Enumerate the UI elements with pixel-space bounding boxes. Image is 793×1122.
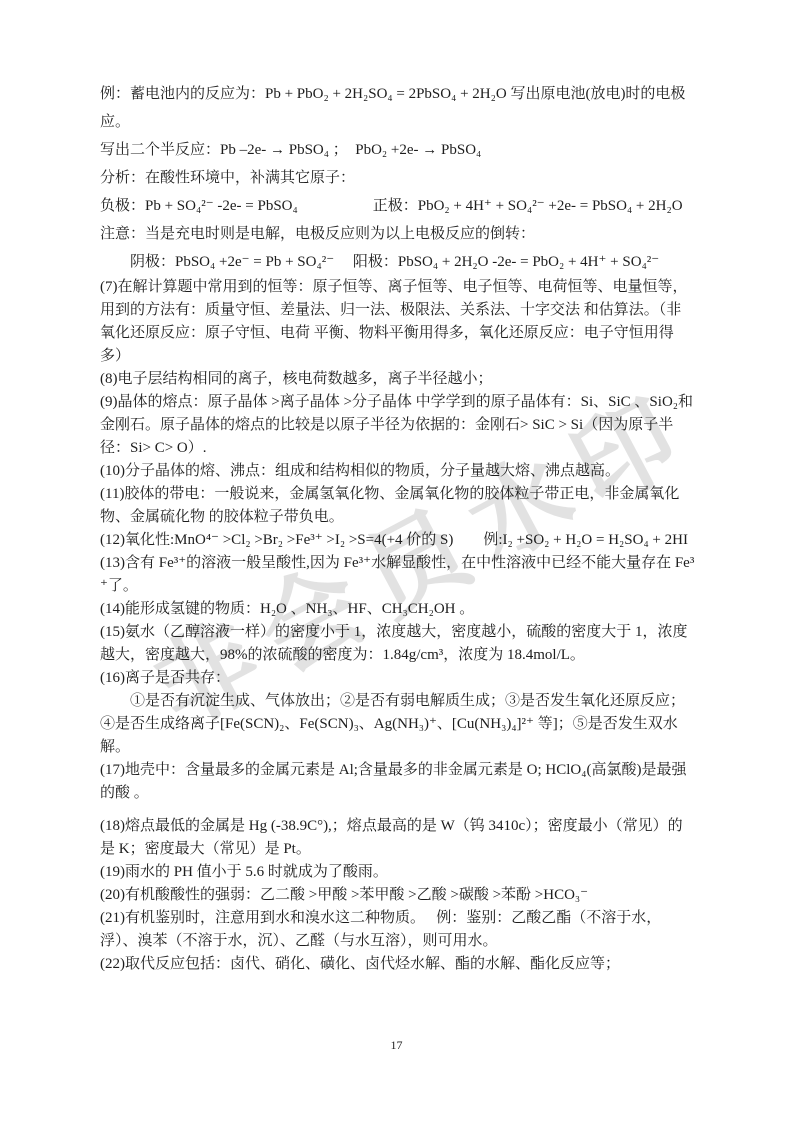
- paragraph-electrode-reactions: 负极：Pb + SO₄²⁻ -2e- = PbSO₄ 正极：PbO₂ + 4H⁺…: [100, 192, 696, 220]
- paragraph-item-16: (16)离子是否共存：: [100, 667, 696, 690]
- paragraph-item-17: (17)地壳中：含量最多的金属元素是 Al;含量最多的非金属元素是 O; HCl…: [100, 759, 696, 805]
- paragraph-cathode-anode: 阴极：PbSO₄ +2e⁻ = Pb + SO₄²⁻ 阳极：PbSO₄ + 2H…: [100, 248, 696, 276]
- paragraph-item-14: (14)能形成氢键的物质：H₂O 、NH₃、HF、CH₃CH₂OH 。: [100, 598, 696, 621]
- paragraph-item-19: (19)雨水的 PH 值小于 5.6 时就成为了酸雨。: [100, 861, 696, 884]
- paragraph-item-12: (12)氧化性:MnO⁴⁻ >Cl₂ >Br₂ >Fe³⁺ >I₂ >S=4(+…: [100, 529, 696, 552]
- paragraph-item-13: (13)含有 Fe³⁺的溶液一般呈酸性,因为 Fe³⁺水解显酸性，在中性溶液中已…: [100, 552, 696, 598]
- paragraph-item-9: (9)晶体的熔点：原子晶体 >离子晶体 >分子晶体 中学学到的原子晶体有：Si、…: [100, 391, 696, 460]
- paragraph-item-11: (11)胶体的带电：一般说来，金属氢氧化物、金属氧化物的胶体粒子带正电，非金属氧…: [100, 483, 696, 529]
- paragraph-item-20: (20)有机酸酸性的强弱：乙二酸 >甲酸 >苯甲酸 >乙酸 >碳酸 >苯酚 >H…: [100, 884, 696, 907]
- paragraph-note-charging: 注意：当是充电时则是电解，电极反应则为以上电极反应的倒转：: [100, 220, 696, 248]
- paragraph-example-battery: 例：蓄电池内的反应为：Pb + PbO₂ + 2H₂SO₄ = 2PbSO₄ +…: [100, 80, 696, 136]
- document-body: 例：蓄电池内的反应为：Pb + PbO₂ + 2H₂SO₄ = 2PbSO₄ +…: [100, 80, 696, 976]
- paragraph-item-22: (22)取代反应包括：卤代、硝化、磺化、卤代烃水解、酯的水解、酯化反应等；: [100, 953, 696, 976]
- paragraph-analysis: 分析：在酸性环境中，补满其它原子：: [100, 164, 696, 192]
- paragraph-item-15: (15)氨水（乙醇溶液一样）的密度小于 1，浓度越大，密度越小，硫酸的密度大于 …: [100, 621, 696, 667]
- paragraph-item-10: (10)分子晶体的熔、沸点：组成和结构相似的物质，分子量越大熔、沸点越高。: [100, 460, 696, 483]
- paragraph-item-8: (8)电子层结构相同的离子，核电荷数越多，离子半径越小；: [100, 368, 696, 391]
- paragraph-half-reactions: 写出二个半反应：Pb –2e- → PbSO₄ ； PbO₂ +2e- → Pb…: [100, 136, 696, 164]
- paragraph-item-21: (21)有机鉴别时，注意用到水和溴水这二种物质。 例：鉴别：乙酸乙酯（不溶于水，…: [100, 907, 696, 953]
- paragraph-item-7: (7)在解计算题中常用到的恒等：原子恒等、离子恒等、电子恒等、电荷恒等、电量恒等…: [100, 276, 696, 368]
- document-page: 非会员水印 例：蓄电池内的反应为：Pb + PbO₂ + 2H₂SO₄ = 2P…: [0, 0, 793, 1122]
- paragraph-item-16-sublist: ①是否有沉淀生成、气体放出；②是否有弱电解质生成；③是否发生氧化还原反应；④是否…: [100, 690, 696, 759]
- paragraph-item-18: (18)熔点最低的金属是 Hg (-38.9C°),；熔点最高的是 W（钨 34…: [100, 815, 696, 861]
- page-number: 17: [0, 1038, 793, 1053]
